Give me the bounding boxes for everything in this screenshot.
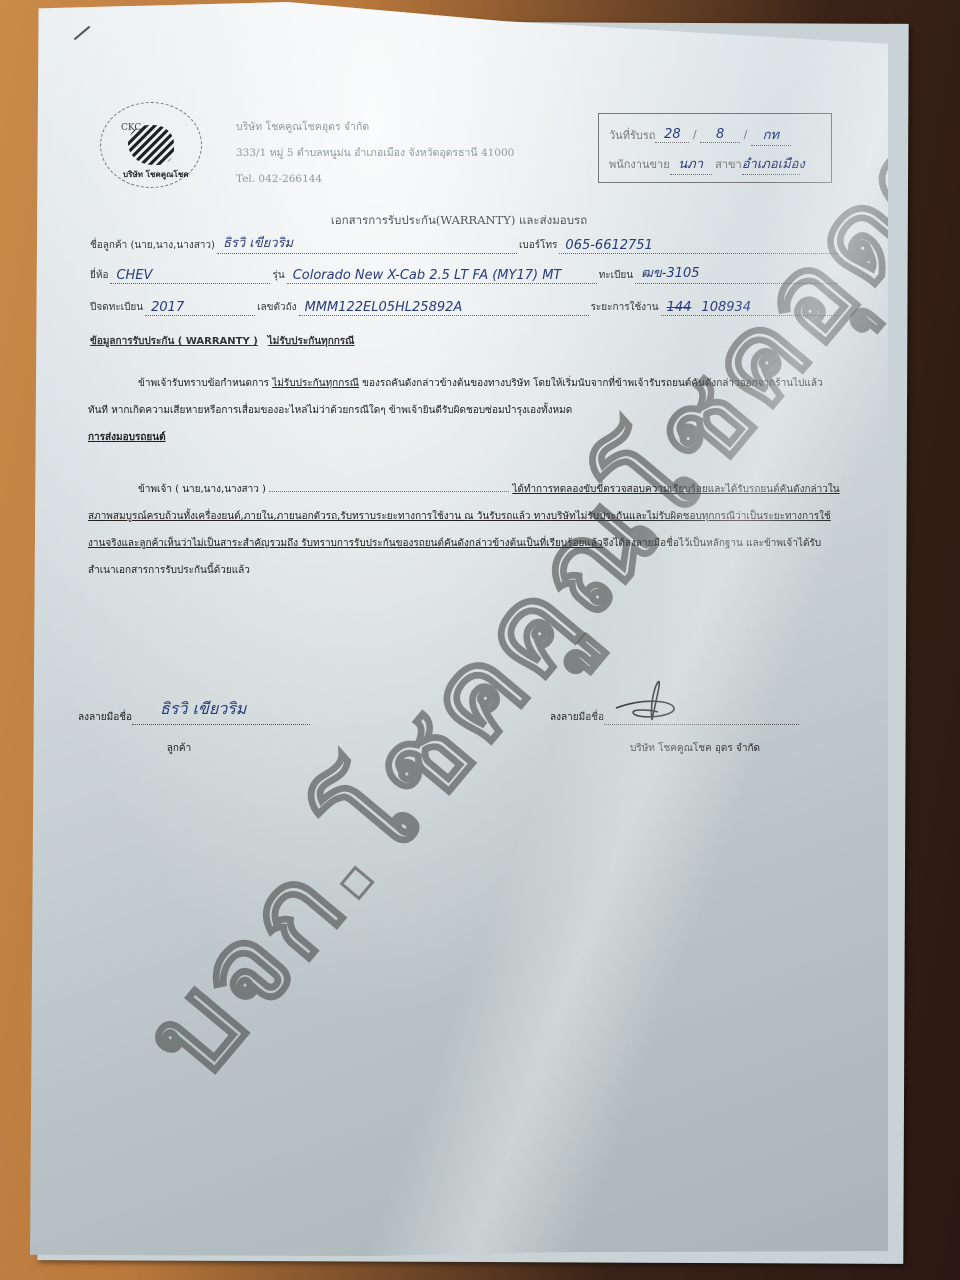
company-signature-block: ลงลายมือชื่อ บริษัท โชคคูณโชค อุดร จำกัด bbox=[550, 702, 799, 756]
brand-value: CHEV bbox=[116, 268, 152, 283]
logo-text: CKC bbox=[121, 123, 141, 133]
company-sign-label: ลงลายมือชื่อ bbox=[550, 710, 604, 725]
terms-1-underlined: ไม่รับประกันทุกกรณี bbox=[272, 378, 359, 389]
reg-year-label: ปีจดทะเบียน bbox=[88, 300, 145, 316]
receive-date-label: วันที่รับรถ bbox=[609, 126, 655, 144]
customer-caption: ลูกค้า bbox=[48, 741, 310, 756]
plate-label: ทะเบียน bbox=[597, 268, 635, 284]
logo-caption: บริษัท โชคคูณโชค bbox=[123, 168, 189, 181]
receive-date-month: 8 bbox=[716, 127, 724, 142]
company-caption: บริษัท โชคคูณโชค อุดร จำกัด bbox=[630, 741, 799, 756]
branch-label: สาขา bbox=[715, 155, 742, 173]
warranty-heading-value: ไม่รับประกันทุกกรณี bbox=[266, 334, 357, 350]
registration-row: ปีจดทะเบียน 2017 เลขตัวถัง MMM122EL05HL2… bbox=[88, 300, 838, 316]
phone-value: 065-6612751 bbox=[565, 238, 652, 253]
terms-paragraph-1: ข้าพเจ้ารับทราบข้อกำหนดการ ไม่รับประกันท… bbox=[88, 370, 840, 451]
warranty-heading-label: ข้อมูลการรับประกัน ( WARRANTY ) bbox=[88, 334, 260, 350]
reg-year-value: 2017 bbox=[151, 300, 184, 315]
customer-signature: ธิรวิ เขียวริม bbox=[160, 697, 246, 722]
terms-2-lead: ข้าพเจ้า ( นาย,นาง,นางสาว ) bbox=[138, 484, 266, 495]
company-tel: Tel. 042-266144 bbox=[236, 166, 514, 192]
document-title: เอกสารการรับประกัน(WARRANTY) และส่งมอบรถ bbox=[30, 212, 888, 230]
customer-label: ชื่อลูกค้า (นาย,นาง,นางสาว) bbox=[88, 238, 217, 254]
company-header: บริษัท โชคคูณโชคอุดร จำกัด 333/1 หมู่ 5 … bbox=[236, 114, 514, 192]
salesperson-label: พนักงานขาย bbox=[609, 155, 670, 173]
chassis-value: MMM122EL05HL25892A bbox=[305, 300, 463, 315]
brand-label: ยี่ห้อ bbox=[88, 268, 110, 284]
vehicle-row: ยี่ห้อ CHEV รุ่น Colorado New X-Cab 2.5 … bbox=[88, 268, 838, 284]
delivery-heading: การส่งมอบรถยนต์ bbox=[88, 432, 166, 443]
receive-date-day: 28 bbox=[664, 127, 681, 142]
company-name: บริษัท โชคคูณโชคอุดร จำกัด bbox=[236, 114, 514, 140]
plate-value: ฒข-3105 bbox=[641, 262, 699, 283]
mileage-label: ระยะการใช้งาน bbox=[589, 300, 661, 316]
customer-name-value: ธิรวิ เขียวริม bbox=[223, 232, 293, 253]
company-address: 333/1 หมู่ 5 ตำบลหนูม่น อำเภอเมือง จังหว… bbox=[236, 140, 514, 166]
receive-date-year: กท bbox=[763, 128, 779, 143]
branch-value: อำเภอเมือง bbox=[742, 157, 805, 172]
staple-mark bbox=[74, 26, 91, 40]
terms-1-before: ข้าพเจ้ารับทราบข้อกำหนดการ bbox=[138, 378, 269, 389]
phone-label: เบอร์โทร bbox=[517, 238, 559, 254]
model-label: รุ่น bbox=[270, 268, 286, 284]
company-signature-icon bbox=[612, 680, 692, 730]
receive-info-box: วันที่รับรถ 28 / 8 / กท พนักงานขาย นภา ส… bbox=[598, 113, 832, 183]
warranty-document: CKC บริษัท โชคคูณโชค บริษัท โชคคูณโชคอุด… bbox=[30, 2, 888, 1270]
mileage-value: 108934 bbox=[701, 300, 751, 315]
model-value: Colorado New X-Cab 2.5 LT FA (MY17) MT bbox=[293, 268, 562, 283]
mileage-struck-value: 144 bbox=[667, 300, 692, 315]
customer-row: ชื่อลูกค้า (นาย,นาง,นางสาว) ธิรวิ เขียวร… bbox=[88, 238, 838, 254]
company-logo-stamp: CKC บริษัท โชคคูณโชค bbox=[100, 102, 202, 188]
terms-paragraph-2: ข้าพเจ้า ( นาย,นาง,นางสาว ) ได้ทำการทดลอ… bbox=[88, 476, 840, 584]
customer-sign-label: ลงลายมือชื่อ bbox=[78, 710, 132, 725]
salesperson-value: นภา bbox=[678, 157, 703, 172]
warranty-heading: ข้อมูลการรับประกัน ( WARRANTY ) ไม่รับปร… bbox=[88, 334, 838, 350]
customer-signature-block: ลงลายมือชื่อ ธิรวิ เขียวริม ลูกค้า bbox=[78, 702, 310, 756]
chassis-label: เลขตัวถัง bbox=[255, 300, 298, 316]
